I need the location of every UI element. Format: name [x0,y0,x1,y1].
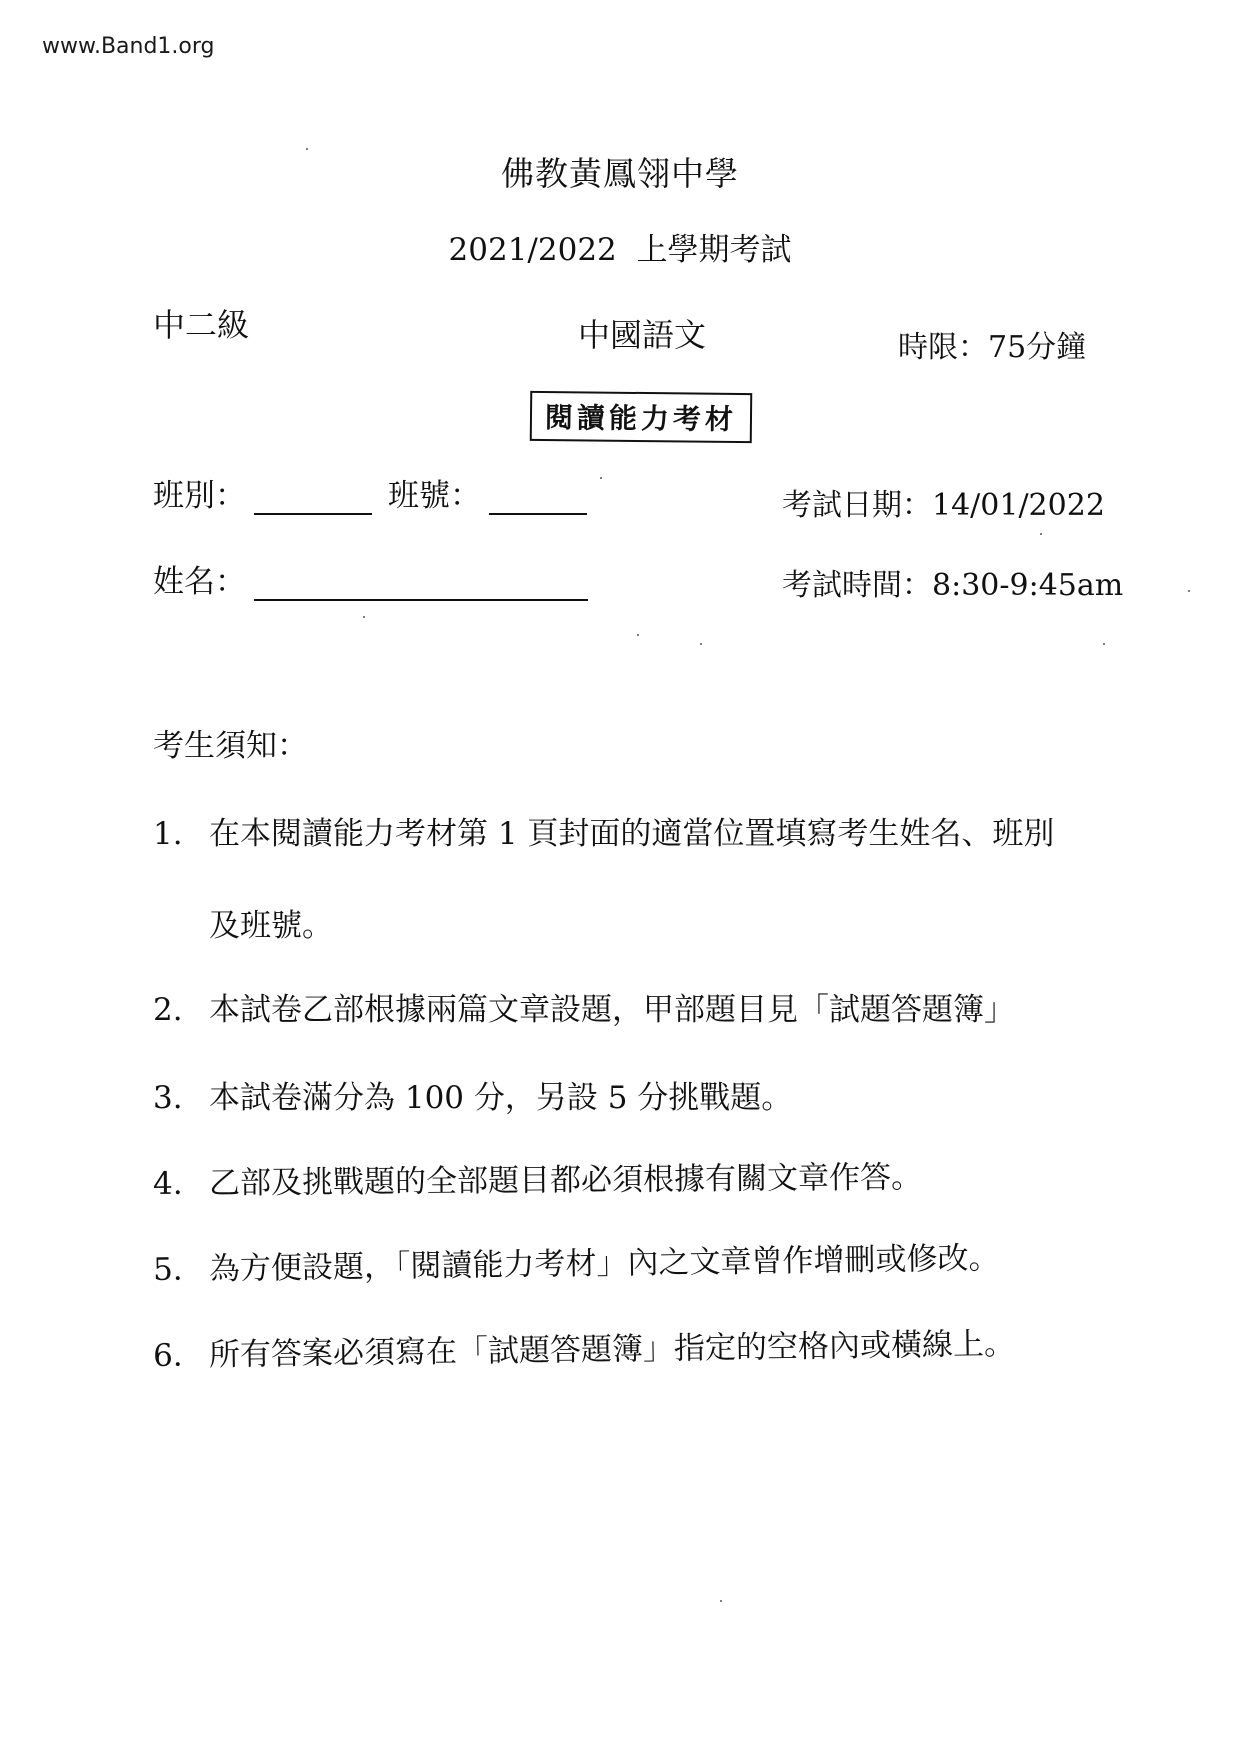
item-number: 3. [153,1080,209,1116]
instruction-item: 5.為方便設題，「閱讀能力考材」內之文章曾作增刪或修改。 [153,1232,1000,1289]
school-name: 佛教黃鳳翎中學 [0,148,1240,195]
watermark: www.Band1.org [42,34,215,59]
instruction-item: 2.本試卷乙部根據兩篇文章設題，甲部題目見「試題答題簿」 [153,984,1015,1029]
instruction-item: 6.所有答案必須寫在「試題答題簿」指定的空格內或橫線上。 [153,1318,1016,1375]
exam-time: 考試時間：8:30-9:45am [782,560,1123,604]
item-text: 本試卷乙部根據兩篇文章設題，甲部題目見「試題答題簿」 [209,992,1015,1028]
exam-date: 考試日期：14/01/2022 [782,480,1105,524]
instruction-item: 4.乙部及挑戰題的全部題目都必須根據有關文章作答。 [153,1151,922,1203]
item-number: 5. [153,1251,209,1288]
instruction-item: 3.本試卷滿分為 100 分，另設 5 分挑戰題。 [153,1072,792,1117]
item-number: 1. [153,816,209,852]
instruction-item: 1.在本閱讀能力考材第 1 頁封面的適當位置填寫考生姓名、班別 [153,808,1054,853]
item-text: 在本閱讀能力考材第 1 頁封面的適當位置填寫考生姓名、班別 [209,816,1054,852]
item-number: 4. [153,1166,209,1202]
name-label: 姓名： [153,556,246,601]
booklet-title-box: 閱讀能力考材 [530,391,753,443]
item-text: 所有答案必須寫在「試題答題簿」指定的空格內或橫線上。 [209,1326,1015,1373]
subject-label: 中國語文 [578,310,706,356]
instructions-title: 考生須知： [153,720,308,765]
class-info-row: 班別： 班號： [153,470,603,515]
name-info-row: 姓名： [153,556,604,601]
name-field[interactable] [254,571,588,601]
item-number: 2. [153,992,209,1028]
instruction-item-continuation: 及班號。 [209,900,333,945]
class-number-field[interactable] [489,485,587,515]
class-number-label: 班號： [388,470,481,515]
booklet-title: 閱讀能力考材 [545,396,737,438]
grade-label: 中二級 [153,300,249,346]
item-text: 為方便設題，「閱讀能力考材」內之文章曾作增刪或修改。 [209,1240,1000,1287]
time-limit: 時限：75分鐘 [898,322,1086,366]
item-text: 本試卷滿分為 100 分，另設 5 分挑戰題。 [209,1080,792,1116]
exam-title: 2021/2022 上學期考試 [0,224,1240,269]
class-label: 班別： [153,470,246,515]
item-text: 乙部及挑戰題的全部題目都必須根據有關文章作答。 [209,1159,922,1201]
class-field[interactable] [254,485,372,515]
item-number: 6. [153,1337,209,1374]
